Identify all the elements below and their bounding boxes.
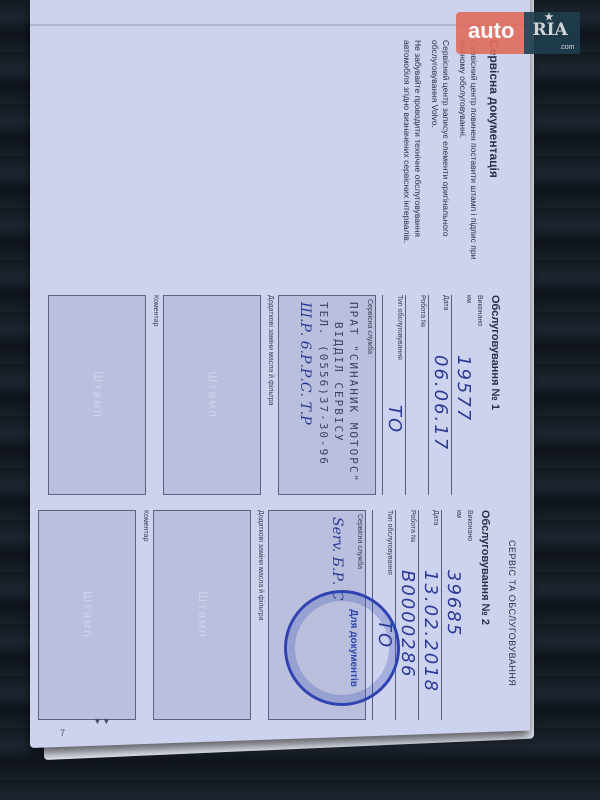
comment-box: Штамп xyxy=(48,295,146,495)
info-title: Сервісна документація xyxy=(487,40,501,290)
km-value: 19577 xyxy=(453,355,474,422)
service-type-label: Тип обслуговування xyxy=(386,510,393,575)
km-row: км 19577 xyxy=(451,295,474,495)
logo-com-text: .com xyxy=(559,44,574,51)
extra-box: Штамп xyxy=(163,295,261,495)
extra-label: Додаткові заміни масла й фільтра xyxy=(267,295,274,495)
date-row: Дата 13.02.2018 xyxy=(418,510,441,720)
logo-ria-block: ★ RIA .com xyxy=(524,12,580,54)
logo-auto-text: auto xyxy=(456,12,524,54)
service-2-title: Обслуговування № 2 xyxy=(479,510,491,720)
km-row: км 39685 xyxy=(441,510,464,720)
date-value: 13.02.2018 xyxy=(420,570,441,693)
info-paragraph: Сервісний центр записує елементи оригіна… xyxy=(429,40,451,280)
signature: Ш.Р. 6.Р.Р.С. Т.Р xyxy=(297,302,313,425)
info-paragraph: Сервісний центр повинен поставити штамп … xyxy=(457,40,479,280)
service-shop-label: Сервісна служба xyxy=(366,299,373,354)
stamp-line: ПРАТ "СИНАНИК МОТОРС" xyxy=(346,302,361,483)
star-icon: ★ xyxy=(544,12,553,23)
km-value: 39685 xyxy=(443,570,464,637)
page-number: 7 xyxy=(60,728,65,738)
stamp-line: ТЕЛ. (0556)37-30-96 xyxy=(316,302,331,483)
stamp-watermark: Штамп xyxy=(196,511,210,719)
work-no-value: В0000286 xyxy=(397,570,418,679)
date-row: Дата 06.06.17 xyxy=(428,295,451,495)
stamp-watermark: Штамп xyxy=(81,511,95,719)
service-spread: СЕРВІС ТА ОБСЛУГОВУВАННЯ Сервісна докуме… xyxy=(45,40,515,740)
double-arrow-down-icon: ▼▼ xyxy=(93,718,111,725)
extra-box: Штамп xyxy=(153,510,251,720)
service-type-value: ТО xyxy=(384,405,405,434)
comment-label: Коментар xyxy=(152,295,159,495)
autoria-logo: auto ★ RIA .com xyxy=(456,12,580,54)
date-value: 06.06.17 xyxy=(430,355,451,451)
round-company-stamp: Для документів xyxy=(284,590,400,706)
comment-label: Коментар xyxy=(142,510,149,720)
service-1-title: Обслуговування № 1 xyxy=(489,295,501,495)
service-2: Обслуговування № 2 Виконано км 39685 Дат… xyxy=(38,510,515,720)
round-stamp-text: Для документів xyxy=(347,593,359,703)
stamp-watermark: Штамп xyxy=(206,296,220,494)
work-no-row: Робота № xyxy=(405,295,428,495)
work-no-label: Робота № xyxy=(419,295,426,327)
stamp-line: ВІДДІЛ СЕРВІСУ xyxy=(331,302,346,483)
dealer-stamp: ПРАТ "СИНАНИК МОТОРС" ВІДДІЛ СЕРВІСУ ТЕЛ… xyxy=(316,302,361,483)
service-shop-box: Сервісна служба ПРАТ "СИНАНИК МОТОРС" ВІ… xyxy=(278,295,376,495)
service-type-row: Тип обслуговування ТО xyxy=(382,295,405,495)
work-no-row: Робота № В0000286 xyxy=(395,510,418,720)
date-label: Дата xyxy=(442,295,449,311)
signature: Serv. Б.Р. С xyxy=(329,517,345,601)
info-column: Сервісна документація Сервісний центр по… xyxy=(395,40,515,290)
extra-label: Додаткові заміни масла й фільтра xyxy=(257,510,264,720)
executed-label: Виконано xyxy=(476,295,483,495)
logo-ria-text: RIA xyxy=(532,20,567,40)
service-type-label: Тип обслуговування xyxy=(396,295,403,360)
info-paragraph: Не забувайте проводити технічне обслугов… xyxy=(401,40,423,280)
date-label: Дата xyxy=(432,510,439,526)
km-label: км xyxy=(465,295,472,303)
page-fold xyxy=(30,24,530,26)
service-1: Обслуговування № 1 Виконано км 19577 Дат… xyxy=(48,295,515,495)
stamp-watermark: Штамп xyxy=(91,296,105,494)
comment-box: Штамп xyxy=(38,510,136,720)
km-label: км xyxy=(455,510,462,518)
executed-label: Виконано xyxy=(466,510,473,720)
work-no-label: Робота № xyxy=(409,510,416,542)
service-shop-label: Сервісна служба xyxy=(356,514,363,569)
